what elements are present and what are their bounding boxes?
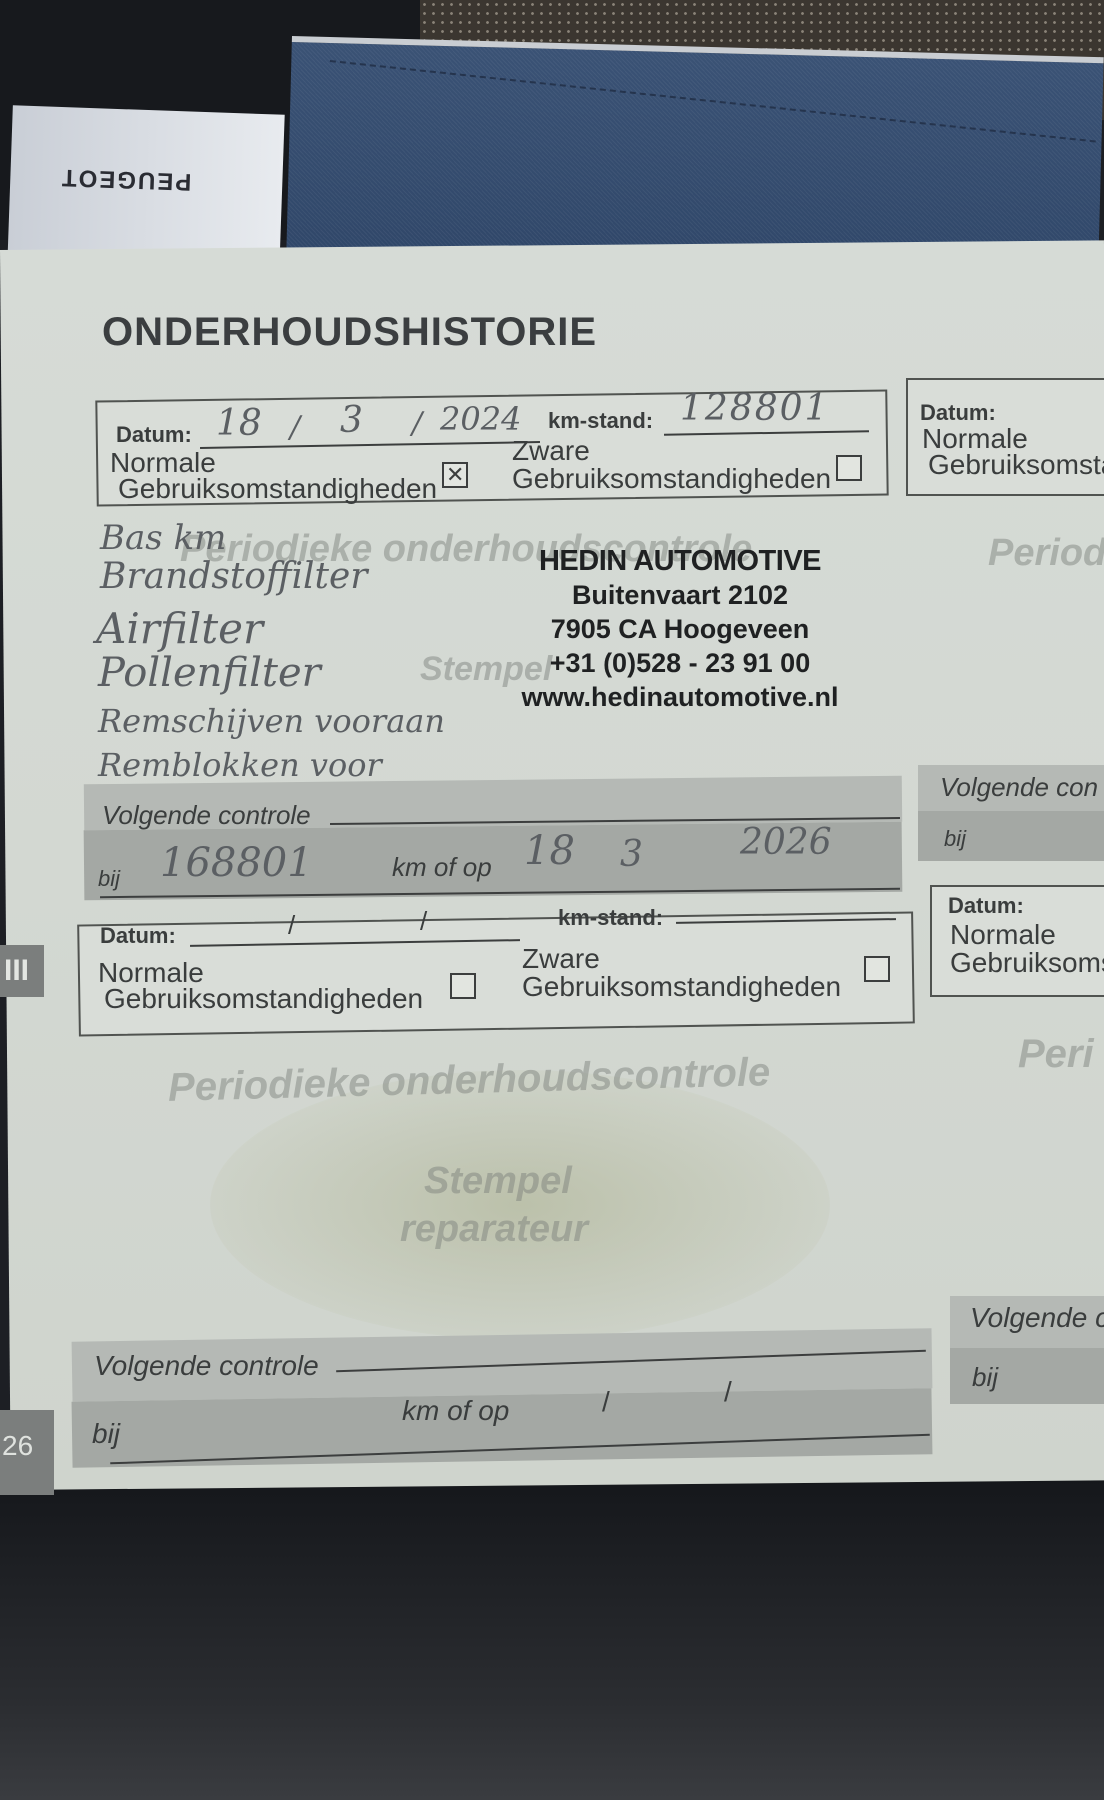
bij-label: bij	[98, 866, 120, 892]
date-sep: /	[420, 906, 427, 937]
entry-1-zware-checkbox[interactable]	[836, 455, 862, 481]
zware-label: Zware	[512, 438, 590, 464]
entry-1-next-date-year[interactable]: 2026	[740, 822, 832, 863]
stamp-company: HEDIN AUTOMOTIVE	[510, 545, 850, 578]
car-floor	[0, 1480, 1104, 1800]
entry-1-km-stand[interactable]: 128801	[680, 388, 829, 429]
page-title: ONDERHOUDSHISTORIE	[102, 310, 597, 355]
zware-label-2: Gebruiksomstandigheden	[522, 974, 841, 1000]
bij-label: bij	[92, 1418, 120, 1450]
entry-1-normale-checkbox[interactable]	[442, 462, 468, 488]
date-sep: /	[724, 1376, 732, 1408]
normale-label: Normale	[950, 922, 1056, 948]
next-check-label: Volgende controle	[94, 1350, 319, 1382]
entry-1-next-date-month[interactable]: 3	[620, 834, 643, 875]
datum-label: Datum:	[948, 893, 1024, 919]
entry-1-next-km[interactable]: 168801	[160, 840, 313, 886]
peugeot-brand-text: PEUGEOT	[60, 163, 192, 196]
normale-label-2: Gebruiksoms	[950, 950, 1104, 976]
km-stand-label: km-stand:	[548, 408, 653, 434]
page-number: 26	[0, 1410, 54, 1495]
stamp-label: Stempel	[424, 1160, 572, 1203]
stamp-label-2: reparateur	[400, 1208, 588, 1251]
periodic-check-heading: Period	[988, 532, 1104, 575]
workshop-stamp: HEDIN AUTOMOTIVE Buitenvaart 2102 7905 C…	[510, 545, 850, 714]
section-tab: III	[0, 945, 44, 997]
entry-1-date-day[interactable]: 18	[216, 403, 262, 444]
km-stand-label: km-stand:	[558, 905, 663, 931]
next-check-label: Volgende c	[970, 1302, 1104, 1334]
entry-1-date-year[interactable]: 2024	[440, 400, 521, 438]
normale-label-2: Gebruiksomsta	[928, 452, 1104, 478]
periodic-check-heading: Peri	[1018, 1032, 1094, 1077]
km-of-op-label: km of op	[402, 1395, 509, 1427]
stamp-city: 7905 CA Hoogeveen	[510, 612, 850, 646]
entry-2-normale-checkbox[interactable]	[450, 973, 476, 999]
bij-label: bij	[972, 1362, 998, 1393]
next-check-label: Volgende con	[940, 772, 1098, 803]
next-check-label: Volgende controle	[102, 800, 311, 831]
date-sep: /	[412, 406, 422, 441]
date-sep: /	[290, 410, 300, 445]
stamp-area-stain	[210, 1070, 830, 1340]
datum-label: Datum:	[100, 923, 176, 949]
note-line: Remschijven vooraan	[98, 702, 445, 740]
note-line: Airfilter	[96, 604, 263, 653]
entry-2-zware-checkbox[interactable]	[864, 956, 890, 982]
zware-label-2: Gebruiksomstandigheden	[512, 466, 831, 492]
zware-label: Zware	[522, 946, 600, 972]
stamp-phone: +31 (0)528 - 23 91 00	[510, 646, 850, 680]
date-sep: /	[602, 1386, 610, 1418]
note-line: Brandstoffilter	[100, 556, 368, 597]
stamp-address: Buitenvaart 2102	[510, 578, 850, 612]
km-of-op-label: km of op	[392, 852, 492, 883]
normale-label-2: Gebruiksomstandigheden	[104, 986, 423, 1012]
note-line: Bas km	[100, 518, 226, 558]
bij-label: bij	[944, 826, 966, 852]
normale-label-2: Gebruiksomstandigheden	[118, 476, 437, 502]
date-sep: /	[288, 910, 295, 941]
datum-label: Datum:	[116, 422, 192, 448]
entry-1-next-date-day[interactable]: 18	[524, 828, 575, 874]
note-line: Remblokken voor	[98, 746, 382, 784]
note-line: Pollenfilter	[98, 650, 321, 696]
stamp-website: www.hedinautomotive.nl	[510, 680, 850, 714]
entry-1-date-month[interactable]: 3	[340, 400, 363, 441]
